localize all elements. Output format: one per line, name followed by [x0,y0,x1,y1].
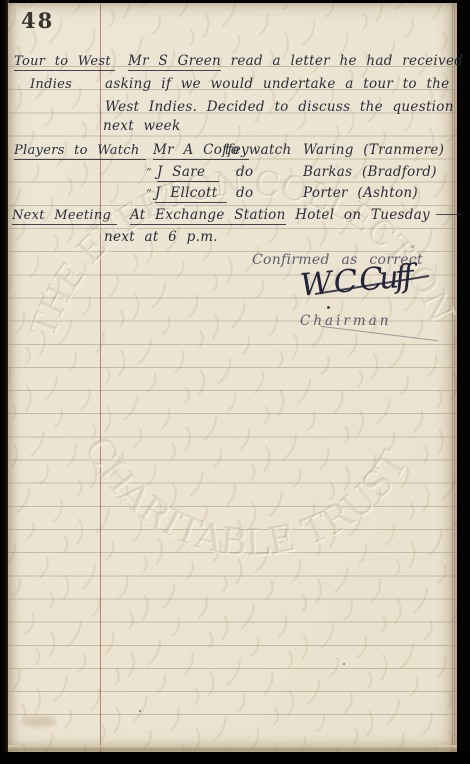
person-name: Mr S Green [128,53,221,71]
page-number: 48 [21,8,54,33]
trailing-dash-stroke [436,214,462,215]
chairman-signature: W C Cuff [294,261,434,315]
ink-speck [139,710,141,712]
minute-line: West Indies. Decided to discuss the ques… [105,100,454,115]
red-right-rule-line [454,3,455,752]
margin-heading-next-meeting: Next Meeting [12,208,117,223]
scanned-minute-book-page: THE EVERTON COLLECTION CHARITABLE TRUST … [0,0,470,764]
margin-heading-tour: Tour to West [14,54,115,69]
minute-line: At Exchange Station Hotel on Tuesday [130,208,462,223]
player-row: J Ellcott [155,186,227,201]
ditto-mark: ” [146,165,152,180]
watched-player: Waring (Tranmere) [303,143,444,158]
margin-heading-players: Players to Watch [14,143,146,158]
watched-player: Porter (Ashton) [303,186,418,201]
red-margin-line [100,3,101,752]
scan-background [0,752,470,764]
watch-action: do [236,186,253,201]
paper-smudge [22,716,56,727]
paper-right-edge [452,3,453,752]
signature-dot [327,306,330,309]
minute-line: Mr S Green read a letter he had received [128,54,463,69]
minute-line: asking if we would undertake a tour to t… [105,77,449,92]
ink-speck [343,663,345,665]
ledger-paper: THE EVERTON COLLECTION CHARITABLE TRUST … [8,3,457,752]
confirmation-tick-mark: ” [410,243,415,258]
player-row: J Sare [157,165,219,180]
watched-player: Barkas (Bradford) [303,165,437,180]
watch-action: to watch [225,143,292,158]
ditto-mark: ” [146,186,152,201]
watch-action: do [236,165,253,180]
minute-line: next at 6 p.m. [104,230,218,245]
minute-line: next week [103,119,180,134]
watcher-name: J Sare [157,164,219,182]
margin-heading-tour-line2: Indies [30,77,72,92]
chairman-label: Chairman [300,314,391,329]
watcher-name: J Ellcott [155,185,227,203]
paper-bottom-edge [8,745,457,750]
